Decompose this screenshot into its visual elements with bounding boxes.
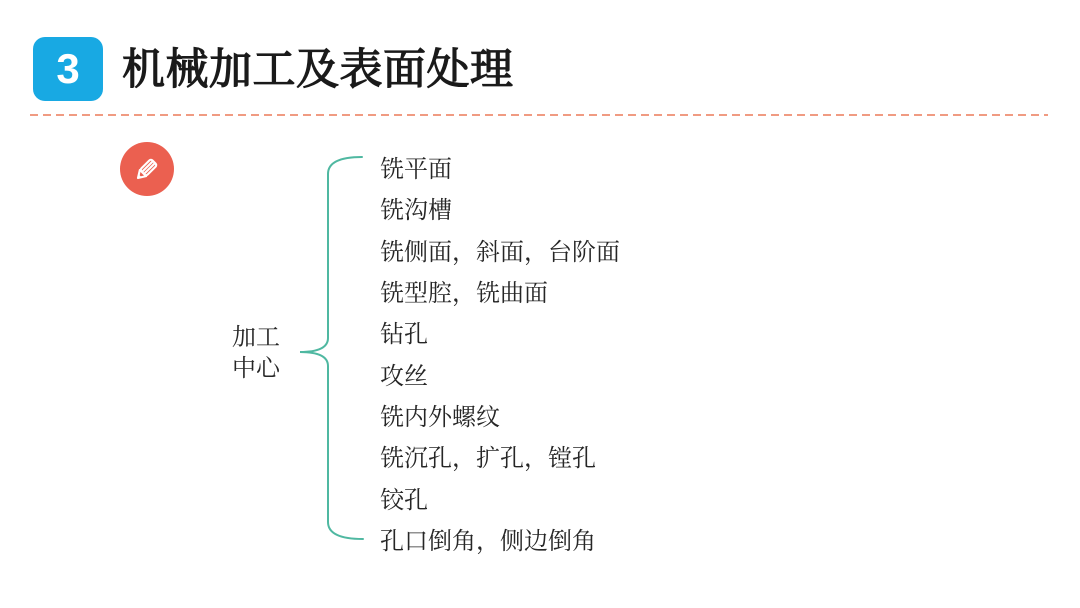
dashed-divider	[30, 114, 1048, 116]
slide: 3 机械加工及表面处理 加工 中心 铣平面铣沟槽铣侧面，斜面，台阶面铣型腔，铣曲…	[0, 0, 1080, 608]
list-item: 铣沟槽	[380, 187, 620, 228]
brace-connector	[292, 146, 378, 550]
list-item: 攻丝	[380, 352, 620, 393]
pencil-badge	[120, 142, 174, 196]
list-item: 铣沉孔，扩孔，镗孔	[380, 435, 620, 476]
brace-path	[300, 157, 363, 539]
list-item: 铣侧面，斜面，台阶面	[380, 229, 620, 270]
node-label-line2: 中心	[225, 353, 287, 384]
node-label: 加工 中心	[225, 322, 287, 384]
pencil-icon	[130, 152, 164, 186]
list-item: 孔口倒角，侧边倒角	[380, 518, 620, 559]
slide-number: 3	[56, 45, 79, 93]
list-item: 铣型腔，铣曲面	[380, 270, 620, 311]
list-item: 钻孔	[380, 311, 620, 352]
process-list: 铣平面铣沟槽铣侧面，斜面，台阶面铣型腔，铣曲面钻孔攻丝铣内外螺纹铣沉孔，扩孔，镗…	[380, 146, 620, 559]
page-title: 机械加工及表面处理	[122, 40, 514, 100]
slide-number-badge: 3	[33, 37, 103, 101]
list-item: 铣内外螺纹	[380, 394, 620, 435]
list-item: 铣平面	[380, 146, 620, 187]
list-item: 铰孔	[380, 476, 620, 517]
node-label-line1: 加工	[225, 322, 287, 353]
